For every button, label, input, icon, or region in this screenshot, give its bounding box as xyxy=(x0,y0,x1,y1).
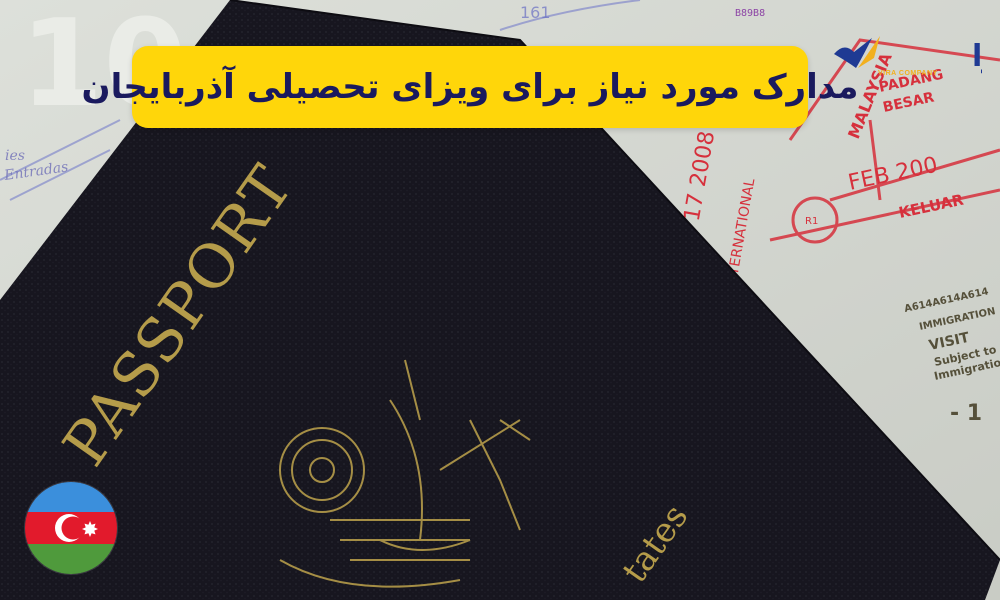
svg-text:B89B8: B89B8 xyxy=(735,8,765,19)
page-title: مدارک مورد نیاز برای ویزای تحصیلی آذربای… xyxy=(82,67,859,107)
promo-banner: 10 ies Entradas 161 B89B8 FEB 17 2008 IN… xyxy=(0,0,1000,600)
azerbaijan-flag-icon xyxy=(25,482,117,574)
title-banner: مدارک مورد نیاز برای ویزای تحصیلی آذربای… xyxy=(132,46,808,128)
vira-company-logo: ویرا xyxy=(832,28,982,88)
logo-brand-fa: ویرا xyxy=(972,39,982,74)
svg-text:- 1: - 1 xyxy=(950,401,982,426)
svg-text:ies: ies xyxy=(5,148,25,164)
svg-text:R1: R1 xyxy=(805,216,818,227)
bird-logo-icon xyxy=(834,38,872,68)
svg-text:161: 161 xyxy=(520,3,551,22)
logo-brand-en: VIRA COMPANY xyxy=(878,70,938,77)
